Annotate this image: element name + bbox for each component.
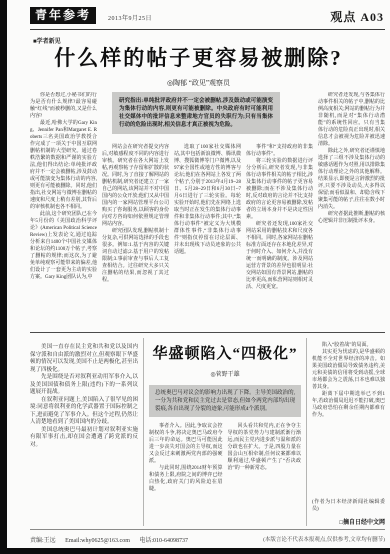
main-abstract-box: 研究指出:单纯批评政府并不一定会被删帖,涉及鼓动或可能演变为集体行动的内容,则更… xyxy=(112,92,280,134)
column-text: 你是否想过,小秘书们的行为是否有什么规律?最容易碰触“红线”而被秒删的,又是什么… xyxy=(30,92,97,281)
scan-edge-left xyxy=(0,0,7,554)
column-rule xyxy=(143,338,144,526)
page-header: 青年参考 2013年9月25日 观点 A03 xyxy=(30,6,384,26)
footer-editor: 责编:王远 xyxy=(30,538,56,544)
column-text: 事件”和“支持政府的非集体行动事件”。将三轮实验的数据进行评分分析后,研究者发现… xyxy=(246,144,313,291)
second-column-1: 事者介入。因此,争取议会控制权的斗争,将决定奥巴马政府今后三年的命运。奥巴马可能… xyxy=(149,423,223,493)
second-article-columns: 事者介入。因此,争取议会控制权的斗争,将决定奥巴马政府今后三年的命运。奥巴马可能… xyxy=(149,423,301,493)
footer-disclaimer: (本版言论不代表本报观点,仅供参考,文章均有删节) xyxy=(263,535,385,544)
masthead-logo: 青年参考 xyxy=(30,7,96,24)
second-article: 美国一直存在民主党和共和党以及国内保守派和自由派的激烈对立,但观察眼下华盛顿的情… xyxy=(30,338,385,526)
main-article-body: 研究指出:单纯批评政府并不一定会被删帖,涉及鼓动或可能演变为集体行动的内容,则更… xyxy=(30,92,385,330)
column-rule xyxy=(306,338,307,526)
section-label: 观点 A03 xyxy=(330,8,384,25)
newspaper-page: 青年参考 2013年9月25日 观点 A03 ■学者新见 什么样的帖子更容易被删… xyxy=(7,0,390,548)
column-text: 研究者还发现,与各集体行动事件相关的帖子中,删帖的比例高度相关;网站的删帖行为并… xyxy=(318,92,385,225)
scan-edge-bottom xyxy=(0,548,390,554)
author-note: (作者为日本经济新闻社编辑委员) xyxy=(312,499,385,513)
footer-phone: 电话:010-64098737 xyxy=(139,538,188,544)
column-text: 美国一直存在民主党和共和党以及国内保守派和自由派的激烈对立,但观察眼下华盛顿的情… xyxy=(30,344,138,449)
source-attribution: □摘自日经中文网 xyxy=(312,517,385,526)
footer-divider xyxy=(30,529,385,530)
second-byline: ◎菅野干雄 xyxy=(149,369,301,378)
second-article-right-column: 陷入“胶着战”的局面。其实更为忧虑的,是华盛顿的机能不全对世界经济的冲击。如果美… xyxy=(312,338,385,526)
main-byline: ◎陶郁 “政见”观察员 xyxy=(7,78,390,88)
main-column-5: 研究者还发现,与各集体行动事件相关的帖子中,删帖的比例高度相关;网站的删帖行为并… xyxy=(318,92,385,330)
article-divider xyxy=(30,332,385,333)
main-column-1: 你是否想过,小秘书们的行为是否有什么规律?最容易碰触“红线”而被秒删的,又是什么… xyxy=(30,92,97,330)
main-headline: 什么样的帖子更容易被删除? xyxy=(7,42,390,72)
second-column-2: 回头看共和党内,正在争夺主导权的茶党势力与建制派渐行渐远,而民主党内进步派与温和… xyxy=(228,423,302,493)
column-text: 网站会在研究者提交内容后,对敏感程度不同的内容进行审核。研究者在各大网站上发帖,… xyxy=(102,144,169,284)
second-article-center: 华盛顿陷入“四极化” ◎菅野干雄 总统奥巴马对议会的影响力出现了下降。主导美国政… xyxy=(149,338,301,526)
column-text: 陷入“胶着战”的局面。其实更为忧虑的,是华盛顿的机能不全对世界经济的冲击。如果美… xyxy=(312,342,385,419)
footer-contact: 责编:王远 Email:why0625@163.com 电话:010-64098… xyxy=(30,535,196,544)
second-abstract-box: 总统奥巴马对议会的影响力出现了下降。主导美国政治的,一分为共和党和民主党过去是常… xyxy=(149,385,301,417)
header-divider xyxy=(30,29,385,30)
column-text: 选取了100家社交媒体网站,其中包括新浪微博、腾讯微博、搜狐微博等门户微博,以及… xyxy=(174,144,241,256)
issue-date: 2013年9月25日 xyxy=(108,13,152,22)
second-headline: 华盛顿陷入“四极化” xyxy=(149,342,301,363)
footer-email: Email:why0625@163.com xyxy=(65,538,130,544)
second-article-left-column: 美国一直存在民主党和共和党以及国内保守派和自由派的激烈对立,但观察眼下华盛顿的情… xyxy=(30,338,138,526)
page-footer: 责编:王远 Email:why0625@163.com 电话:010-64098… xyxy=(30,535,385,544)
